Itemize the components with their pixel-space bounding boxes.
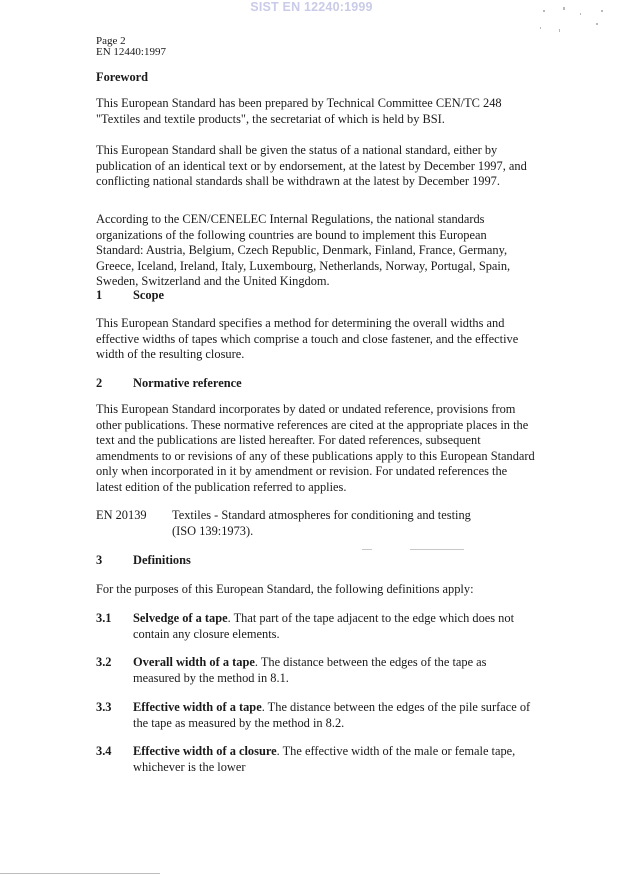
section-paragraph: This European Standard incorporates by d… xyxy=(96,402,536,496)
section-number: 2 xyxy=(96,376,133,391)
scan-artifact xyxy=(410,549,464,550)
section-title: Scope xyxy=(133,288,164,302)
definition-body: Selvedge of a tape. That part of the tap… xyxy=(133,611,533,642)
section-paragraph: This European Standard specifies a metho… xyxy=(96,316,536,363)
section-heading-scope: 1Scope xyxy=(96,288,164,303)
definition-term: Selvedge of a tape xyxy=(133,611,228,625)
definition-number: 3.4 xyxy=(96,744,112,760)
scan-artifact xyxy=(362,549,372,550)
scan-speck xyxy=(559,29,560,32)
definition-item: 3.1 Selvedge of a tape. That part of the… xyxy=(96,611,536,643)
scan-speck xyxy=(580,13,581,15)
definition-term: Effective width of a tape xyxy=(133,700,262,714)
section-title: Definitions xyxy=(133,553,191,567)
foreword-paragraph: This European Standard has been prepared… xyxy=(96,96,536,127)
definition-body: Effective width of a closure. The effect… xyxy=(133,744,533,775)
definition-item: 3.2 Overall width of a tape. The distanc… xyxy=(96,655,536,687)
reference-code: EN 20139 xyxy=(96,508,172,524)
scan-speck xyxy=(601,10,603,12)
section-number: 1 xyxy=(96,288,133,303)
scan-edge-line xyxy=(0,873,160,874)
section-heading-normative-reference: 2Normative reference xyxy=(96,376,242,391)
section-number: 3 xyxy=(96,553,133,568)
definition-body: Effective width of a tape. The distance … xyxy=(133,700,533,731)
section-heading-definitions: 3Definitions xyxy=(96,553,191,568)
definition-item: 3.3 Effective width of a tape. The dista… xyxy=(96,700,536,732)
reference-title: Textiles - Standard atmospheres for cond… xyxy=(172,508,532,539)
foreword-title: Foreword xyxy=(96,70,148,84)
scan-speck xyxy=(596,23,598,25)
scan-speck xyxy=(543,10,545,12)
definition-number: 3.3 xyxy=(96,700,112,716)
watermark: SIST EN 12240:1999 xyxy=(0,0,623,14)
definition-term: Effective width of a closure xyxy=(133,744,277,758)
definition-number: 3.1 xyxy=(96,611,112,627)
foreword-heading: Foreword xyxy=(96,70,148,85)
scan-speck xyxy=(563,7,565,10)
section-paragraph: For the purposes of this European Standa… xyxy=(96,582,536,598)
document-id: EN 12440:1997 xyxy=(96,46,166,58)
definition-body: Overall width of a tape. The distance be… xyxy=(133,655,533,686)
section-title: Normative reference xyxy=(133,376,242,390)
reference-entry: EN 20139 Textiles - Standard atmospheres… xyxy=(96,508,536,540)
definition-term: Overall width of a tape xyxy=(133,655,255,669)
foreword-paragraph: This European Standard shall be given th… xyxy=(96,143,536,190)
scan-speck xyxy=(540,27,541,29)
definition-number: 3.2 xyxy=(96,655,112,671)
foreword-paragraph: According to the CEN/CENELEC Internal Re… xyxy=(96,212,536,290)
definition-item: 3.4 Effective width of a closure. The ef… xyxy=(96,744,536,776)
